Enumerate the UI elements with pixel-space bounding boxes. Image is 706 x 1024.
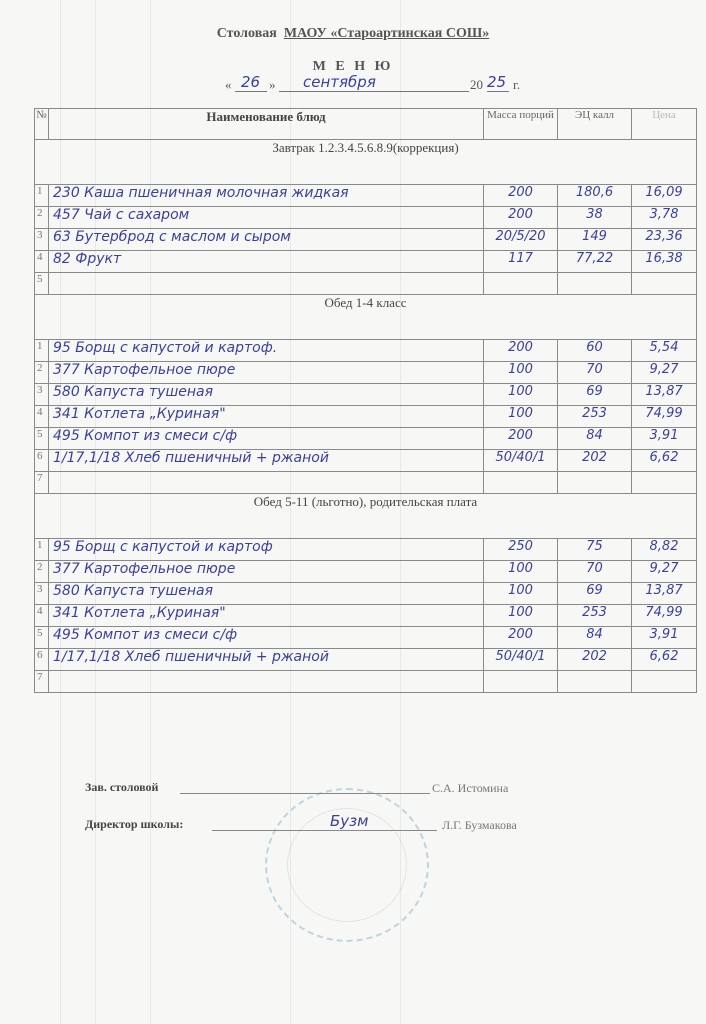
portion-mass: 100 — [484, 605, 558, 627]
table-row: 4341 Котлета „Куриная"10025374,99 — [35, 605, 697, 627]
portion-mass: 200 — [484, 207, 558, 229]
portion-mass: 250 — [484, 539, 558, 561]
table-row: 363 Бутерброд с маслом и сыром20/5/20149… — [35, 229, 697, 251]
energy-kcal: 70 — [558, 561, 632, 583]
dish-name — [49, 472, 484, 494]
portion-mass: 100 — [484, 362, 558, 384]
dish-name — [49, 671, 484, 693]
price — [632, 273, 697, 295]
row-number: 1 — [35, 539, 49, 561]
energy-kcal: 70 — [558, 362, 632, 384]
row-number: 6 — [35, 649, 49, 671]
col-header-price: Цена — [632, 109, 697, 140]
price — [632, 472, 697, 494]
date-day: 26 — [241, 73, 260, 91]
portion-mass: 100 — [484, 406, 558, 428]
energy-kcal — [558, 273, 632, 295]
dish-name: 580 Капуста тушеная — [49, 583, 484, 605]
energy-kcal: 149 — [558, 229, 632, 251]
energy-kcal: 253 — [558, 406, 632, 428]
row-number: 4 — [35, 406, 49, 428]
dish-name: 495 Компот из смеси с/ф — [49, 428, 484, 450]
dish-name: 95 Борщ с капустой и картоф. — [49, 340, 484, 362]
table-row: 195 Борщ с капустой и картоф250758,82 — [35, 539, 697, 561]
section-title: Обед 1-4 класс — [35, 295, 697, 340]
portion-mass: 200 — [484, 185, 558, 207]
price — [632, 671, 697, 693]
row-number: 3 — [35, 583, 49, 605]
row-number: 5 — [35, 273, 49, 295]
row-number: 1 — [35, 340, 49, 362]
table-row: 482 Фрукт11777,2216,38 — [35, 251, 697, 273]
section-header-row: Обед 5-11 (льготно), родительская плата — [35, 494, 697, 539]
menu-table: № Наименование блюд Масса порций ЭЦ калл… — [34, 108, 697, 693]
dish-name: 377 Картофельное пюре — [49, 362, 484, 384]
portion-mass: 20/5/20 — [484, 229, 558, 251]
row-number: 3 — [35, 384, 49, 406]
dish-name: 341 Котлета „Куриная" — [49, 406, 484, 428]
energy-kcal: 60 — [558, 340, 632, 362]
section-header-row: Завтрак 1.2.3.4.5.6.8.9(коррекция) — [35, 140, 697, 185]
portion-mass: 50/40/1 — [484, 450, 558, 472]
energy-kcal: 69 — [558, 384, 632, 406]
dish-name: 95 Борщ с капустой и картоф — [49, 539, 484, 561]
col-header-mass: Масса порций — [484, 109, 558, 140]
dish-name: 457 Чай с сахаром — [49, 207, 484, 229]
energy-kcal: 75 — [558, 539, 632, 561]
price: 74,99 — [632, 406, 697, 428]
menu-date: « 26 » сентября 20 25 г. — [225, 73, 585, 95]
table-row: 61/17,1/18 Хлеб пшеничный + ржаной50/40/… — [35, 450, 697, 472]
price: 9,27 — [632, 362, 697, 384]
document-title: Столовая МАОУ «Староартинская СОШ» — [0, 26, 706, 42]
row-number: 7 — [35, 671, 49, 693]
dish-name: 1/17,1/18 Хлеб пшеничный + ржаной — [49, 450, 484, 472]
price: 6,62 — [632, 649, 697, 671]
director-signature: Бузм — [330, 812, 368, 830]
row-number: 4 — [35, 251, 49, 273]
price: 16,09 — [632, 185, 697, 207]
price: 8,82 — [632, 539, 697, 561]
energy-kcal: 38 — [558, 207, 632, 229]
portion-mass: 117 — [484, 251, 558, 273]
dish-name: 341 Котлета „Куриная" — [49, 605, 484, 627]
row-number: 5 — [35, 428, 49, 450]
portion-mass: 50/40/1 — [484, 649, 558, 671]
energy-kcal: 202 — [558, 649, 632, 671]
portion-mass: 200 — [484, 340, 558, 362]
col-header-kcal: ЭЦ калл — [558, 109, 632, 140]
energy-kcal — [558, 472, 632, 494]
portion-mass — [484, 671, 558, 693]
table-row: 3580 Капуста тушеная1006913,87 — [35, 583, 697, 605]
title-prefix: Столовая — [217, 26, 277, 41]
table-row: 4341 Котлета „Куриная"10025374,99 — [35, 406, 697, 428]
price: 16,38 — [632, 251, 697, 273]
row-number: 7 — [35, 472, 49, 494]
section-header-row: Обед 1-4 класс — [35, 295, 697, 340]
energy-kcal — [558, 671, 632, 693]
dish-name: 230 Каша пшеничная молочная жидкая — [49, 185, 484, 207]
row-number: 2 — [35, 207, 49, 229]
price: 3,91 — [632, 627, 697, 649]
dish-name: 580 Капуста тушеная — [49, 384, 484, 406]
price: 3,91 — [632, 428, 697, 450]
date-year-prefix: 20 — [470, 77, 483, 93]
energy-kcal: 69 — [558, 583, 632, 605]
date-month: сентября — [303, 73, 376, 91]
school-name: МАОУ «Староартинская СОШ» — [284, 26, 489, 41]
portion-mass: 200 — [484, 428, 558, 450]
table-row: 2457 Чай с сахаром200383,78 — [35, 207, 697, 229]
portion-mass: 200 — [484, 627, 558, 649]
price: 13,87 — [632, 583, 697, 605]
table-row: 5495 Компот из смеси с/ф200843,91 — [35, 428, 697, 450]
price: 3,78 — [632, 207, 697, 229]
section-title: Обед 5-11 (льготно), родительская плата — [35, 494, 697, 539]
portion-mass — [484, 273, 558, 295]
price: 5,54 — [632, 340, 697, 362]
row-number: 2 — [35, 362, 49, 384]
price: 23,36 — [632, 229, 697, 251]
table-row: 2377 Картофельное пюре100709,27 — [35, 362, 697, 384]
date-open-quote: « — [225, 77, 232, 93]
energy-kcal: 84 — [558, 627, 632, 649]
price: 13,87 — [632, 384, 697, 406]
director-label: Директор школы: — [85, 817, 183, 832]
portion-mass: 100 — [484, 561, 558, 583]
dish-name: 1/17,1/18 Хлеб пшеничный + ржаной — [49, 649, 484, 671]
dish-name: 377 Картофельное пюре — [49, 561, 484, 583]
energy-kcal: 77,22 — [558, 251, 632, 273]
table-row: 3580 Капуста тушеная1006913,87 — [35, 384, 697, 406]
col-header-name: Наименование блюд — [49, 109, 484, 140]
date-close-quote: » — [269, 77, 276, 93]
energy-kcal: 253 — [558, 605, 632, 627]
dish-name: 63 Бутерброд с маслом и сыром — [49, 229, 484, 251]
table-header-row: № Наименование блюд Масса порций ЭЦ калл… — [35, 109, 697, 140]
dish-name: 495 Компот из смеси с/ф — [49, 627, 484, 649]
portion-mass — [484, 472, 558, 494]
row-number: 5 — [35, 627, 49, 649]
table-row: 195 Борщ с капустой и картоф.200605,54 — [35, 340, 697, 362]
table-row: 7 — [35, 671, 697, 693]
date-year-suffix: 25 — [487, 73, 506, 91]
price: 6,62 — [632, 450, 697, 472]
canteen-head-name: С.А. Истомина — [432, 781, 508, 796]
row-number: 3 — [35, 229, 49, 251]
energy-kcal: 84 — [558, 428, 632, 450]
section-title: Завтрак 1.2.3.4.5.6.8.9(коррекция) — [35, 140, 697, 185]
dish-name — [49, 273, 484, 295]
price: 9,27 — [632, 561, 697, 583]
canteen-head-label: Зав. столовой — [85, 780, 158, 795]
table-row: 5 — [35, 273, 697, 295]
dish-name: 82 Фрукт — [49, 251, 484, 273]
table-row: 7 — [35, 472, 697, 494]
table-row: 1230 Каша пшеничная молочная жидкая20018… — [35, 185, 697, 207]
date-year-unit: г. — [513, 77, 520, 93]
row-number: 2 — [35, 561, 49, 583]
table-row: 61/17,1/18 Хлеб пшеничный + ржаной50/40/… — [35, 649, 697, 671]
portion-mass: 100 — [484, 583, 558, 605]
row-number: 6 — [35, 450, 49, 472]
price: 74,99 — [632, 605, 697, 627]
table-row: 2377 Картофельное пюре100709,27 — [35, 561, 697, 583]
portion-mass: 100 — [484, 384, 558, 406]
energy-kcal: 202 — [558, 450, 632, 472]
row-number: 4 — [35, 605, 49, 627]
row-number: 1 — [35, 185, 49, 207]
table-row: 5495 Компот из смеси с/ф200843,91 — [35, 627, 697, 649]
director-name: Л.Г. Бузмакова — [442, 818, 517, 833]
col-header-num: № — [35, 109, 49, 140]
energy-kcal: 180,6 — [558, 185, 632, 207]
